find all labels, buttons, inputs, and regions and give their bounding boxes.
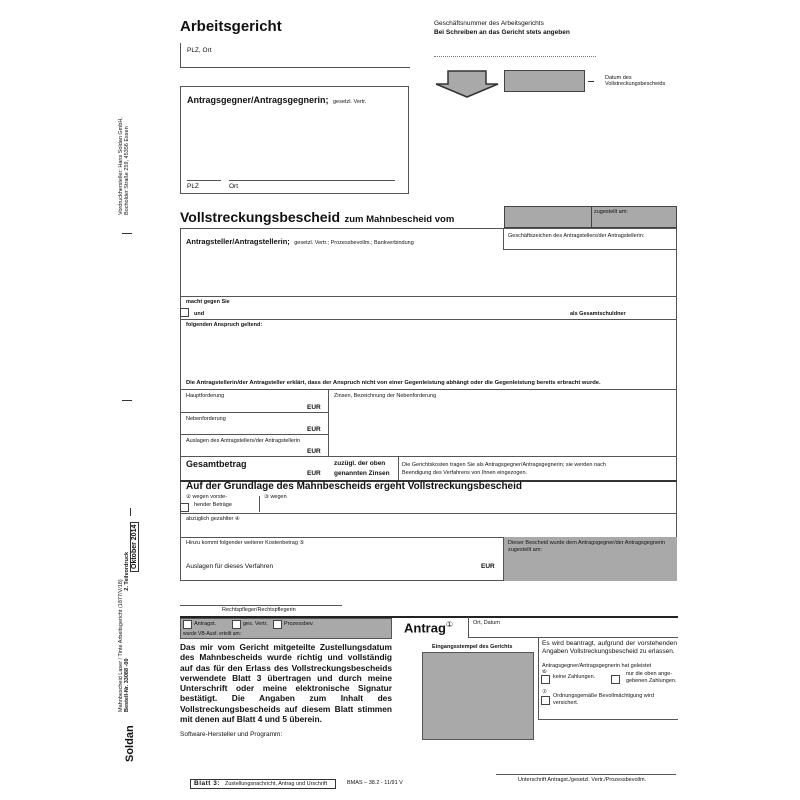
printer-info: Vordruckhersteller: Hans Soldan GmbH, Bo…: [118, 117, 130, 215]
applicant-signature-line[interactable]: [496, 774, 676, 775]
minus-paid-field[interactable]: [181, 514, 675, 536]
claim-field[interactable]: [181, 330, 675, 376]
court-title: Arbeitsgericht: [180, 18, 282, 35]
clerk-signature-line[interactable]: [180, 605, 342, 606]
application-options: Es wird beantragt, aufgrund der vorstehe…: [538, 638, 678, 720]
no-payments-checkbox[interactable]: [541, 675, 550, 684]
fold-mark: [130, 508, 131, 516]
software-label: Software-Hersteller und Programm:: [180, 731, 282, 738]
listed-payments-checkbox[interactable]: [611, 675, 620, 684]
form-info: Mahnbescheid Laser / Tinte Arbeitsgerich…: [118, 552, 130, 712]
arrow-down-icon: [434, 70, 500, 98]
edition-badge: Oktober 2014: [130, 522, 139, 572]
total-field[interactable]: [181, 457, 328, 479]
procedure-costs-field[interactable]: [181, 538, 502, 580]
authorization-checkbox[interactable]: [541, 696, 550, 705]
legal-rep-option-checkbox[interactable]: [232, 620, 241, 629]
ort-label: Ort: [229, 183, 238, 190]
fold-mark: [122, 400, 132, 401]
case-number-note: Bei Schreiben an das Gericht stets angeb…: [434, 29, 570, 36]
expenses-field[interactable]: [181, 435, 328, 456]
sheet-label-box: Blatt 3: Zustellungsnachricht, Antrag un…: [190, 779, 336, 789]
pointer-mark: [588, 81, 594, 82]
claims-against-label: macht gegen Sie: [186, 299, 230, 305]
applicant-field[interactable]: [181, 240, 501, 296]
date-label: Datum des Vollstreckungsbescheids: [605, 75, 665, 87]
enforcement-heading: Auf der Grundlage des Mahnbescheids erge…: [186, 481, 522, 492]
due-other-field[interactable]: [290, 492, 675, 512]
court-address-field[interactable]: PLZ, Ort: [180, 43, 410, 68]
served-date-field[interactable]: zugestellt am:: [504, 206, 677, 228]
attorney-option-checkbox[interactable]: [273, 620, 282, 629]
page-title: Vollstreckungsbescheid zum Mahnbescheid …: [180, 209, 454, 227]
interest-field[interactable]: [329, 400, 675, 455]
case-number-field[interactable]: [434, 56, 596, 57]
place-date-field[interactable]: Ort, Datum: [468, 617, 678, 638]
declaration-text: Die Antragstellerin/der Antragsteller er…: [186, 380, 601, 386]
and-checkbox[interactable]: [180, 308, 189, 317]
clerk-box: Antragst. ges. Vertr. Prozessbev. wurde …: [180, 618, 392, 639]
form-code: BMAS – 38.2 - 11/91 V: [347, 780, 403, 786]
due-amounts-checkbox[interactable]: [180, 503, 189, 512]
applicant-option-checkbox[interactable]: [183, 620, 192, 629]
brand-logo: Soldan: [124, 725, 136, 762]
served-note-box: Dieser Bescheid wurde dem Antragsgegner/…: [503, 537, 677, 581]
statement-text: Das mir vom Gericht mitgeteilte Zustellu…: [180, 642, 392, 724]
court-stamp-area: [422, 652, 534, 740]
respondent-box[interactable]: Antragsgegner/Antragsgegnerin; gesetzl. …: [180, 86, 409, 194]
enforcement-date-field[interactable]: [504, 70, 585, 92]
case-number-label: Geschäftsnummer des Arbeitsgerichts: [434, 20, 544, 27]
main-claim-field[interactable]: [181, 390, 328, 412]
application-title: Antrag①: [404, 620, 453, 635]
side-claim-field[interactable]: [181, 413, 328, 435]
plz-label: PLZ: [187, 183, 199, 190]
fold-mark: [122, 233, 132, 234]
reference-field[interactable]: Geschäftszeichen des Antragstellers/der …: [503, 228, 677, 250]
